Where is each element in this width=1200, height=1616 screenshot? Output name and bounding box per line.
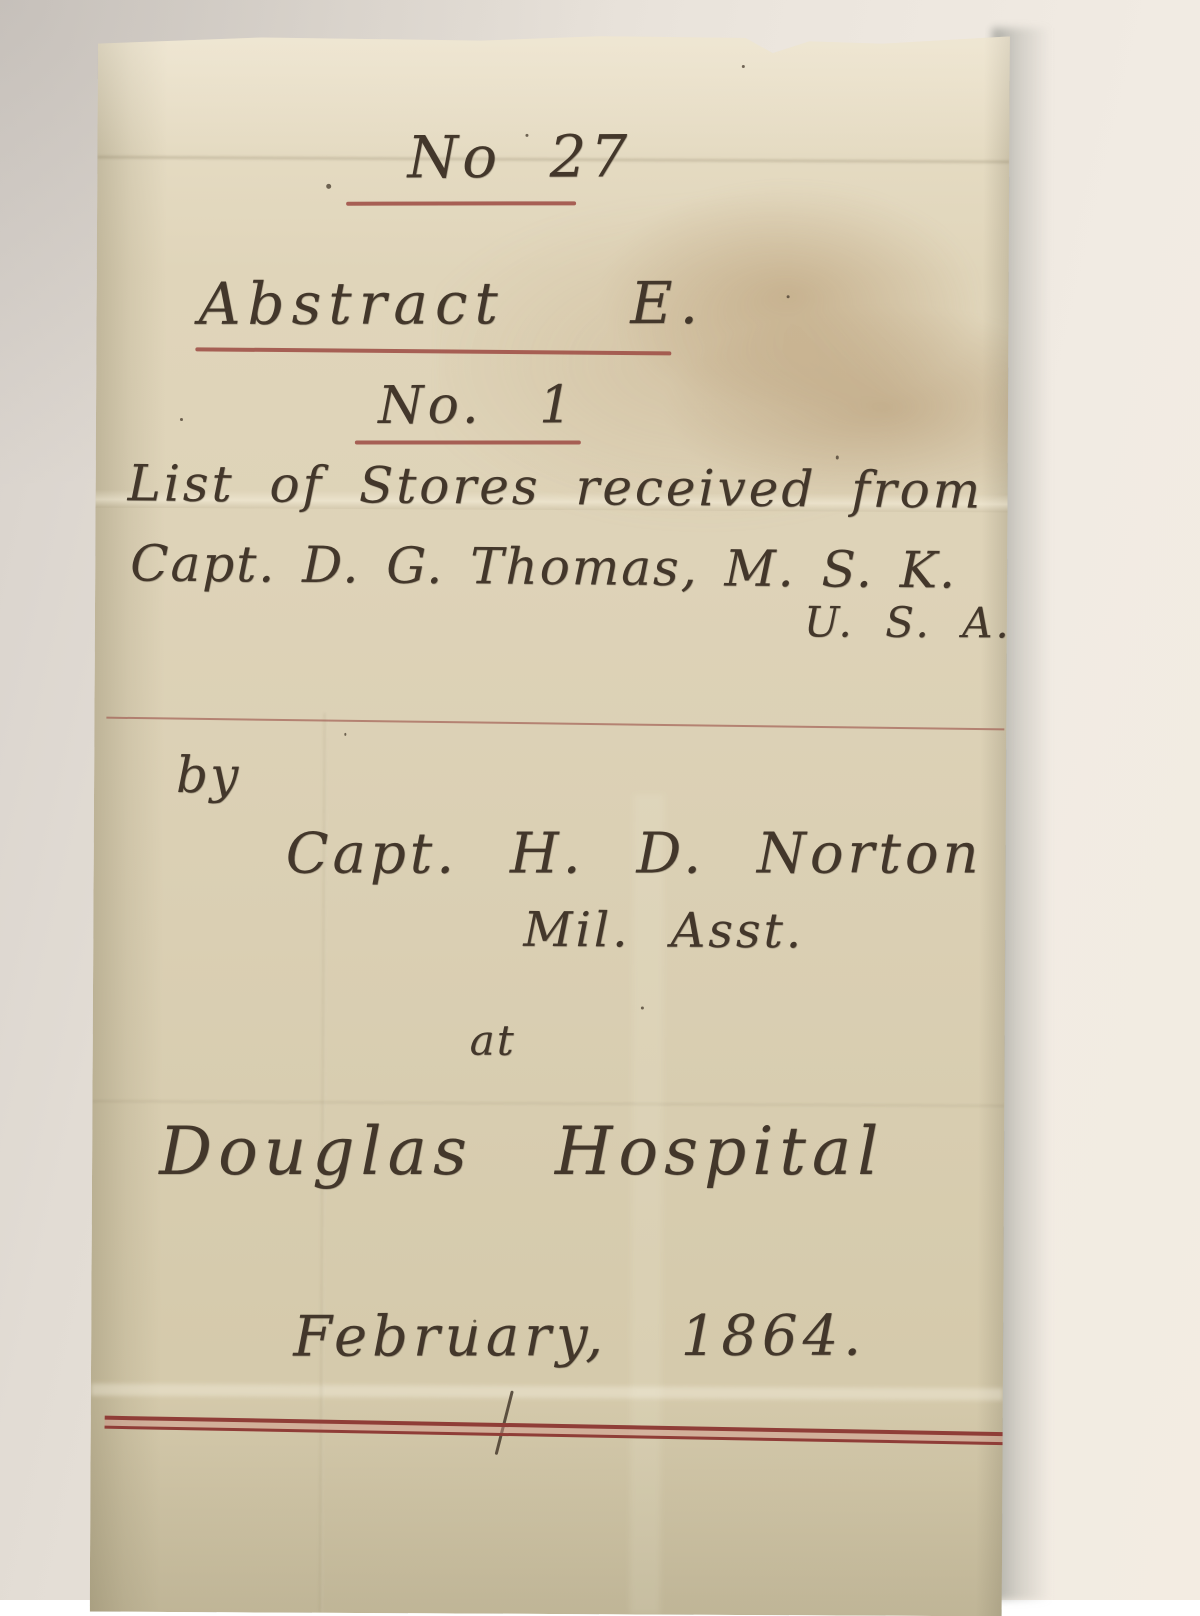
footer-double-rule <box>105 1416 1005 1445</box>
location-line: Douglas Hospital <box>159 1119 884 1185</box>
ink-speck <box>742 65 745 68</box>
item-number-line: No. 1 <box>378 379 576 432</box>
section-divider-rule <box>106 717 1004 731</box>
footer-fold-highlight <box>91 1384 1003 1401</box>
ink-speck <box>473 1320 476 1323</box>
date-line: February, 1864. <box>293 1309 866 1366</box>
ink-speck <box>180 418 183 421</box>
item-number-underline <box>355 441 581 445</box>
ink-speck <box>836 455 839 459</box>
by-label: by <box>176 750 241 800</box>
officer-title-line: Mil. Asst. <box>523 906 804 955</box>
ink-speck <box>525 134 528 137</box>
photo-backdrop: No 27 Abstract E. No. 1 List of Stores r… <box>0 0 1200 1600</box>
abstract-underline <box>195 347 671 355</box>
at-label: at <box>470 1020 516 1062</box>
ink-speck <box>326 184 331 189</box>
received-from-line-2: Capt. D. G. Thomas, M. S. K. <box>130 538 957 595</box>
ink-speck <box>787 295 790 298</box>
ink-speck <box>344 733 346 736</box>
doc-number-underline <box>346 201 576 205</box>
doc-number-line: No 27 <box>407 127 631 186</box>
abstract-line: Abstract E. <box>199 274 706 333</box>
lower-fold-crease <box>92 1100 1004 1108</box>
received-from-line-3: U. S. A. <box>804 601 1012 644</box>
ink-speck <box>641 1006 644 1009</box>
document-paper: No 27 Abstract E. No. 1 List of Stores r… <box>90 32 1010 1600</box>
officer-name-line: Capt. H. D. Norton <box>286 826 983 882</box>
ink-specks <box>98 32 1010 37</box>
received-from-line-1: List of Stores received from <box>127 458 983 515</box>
